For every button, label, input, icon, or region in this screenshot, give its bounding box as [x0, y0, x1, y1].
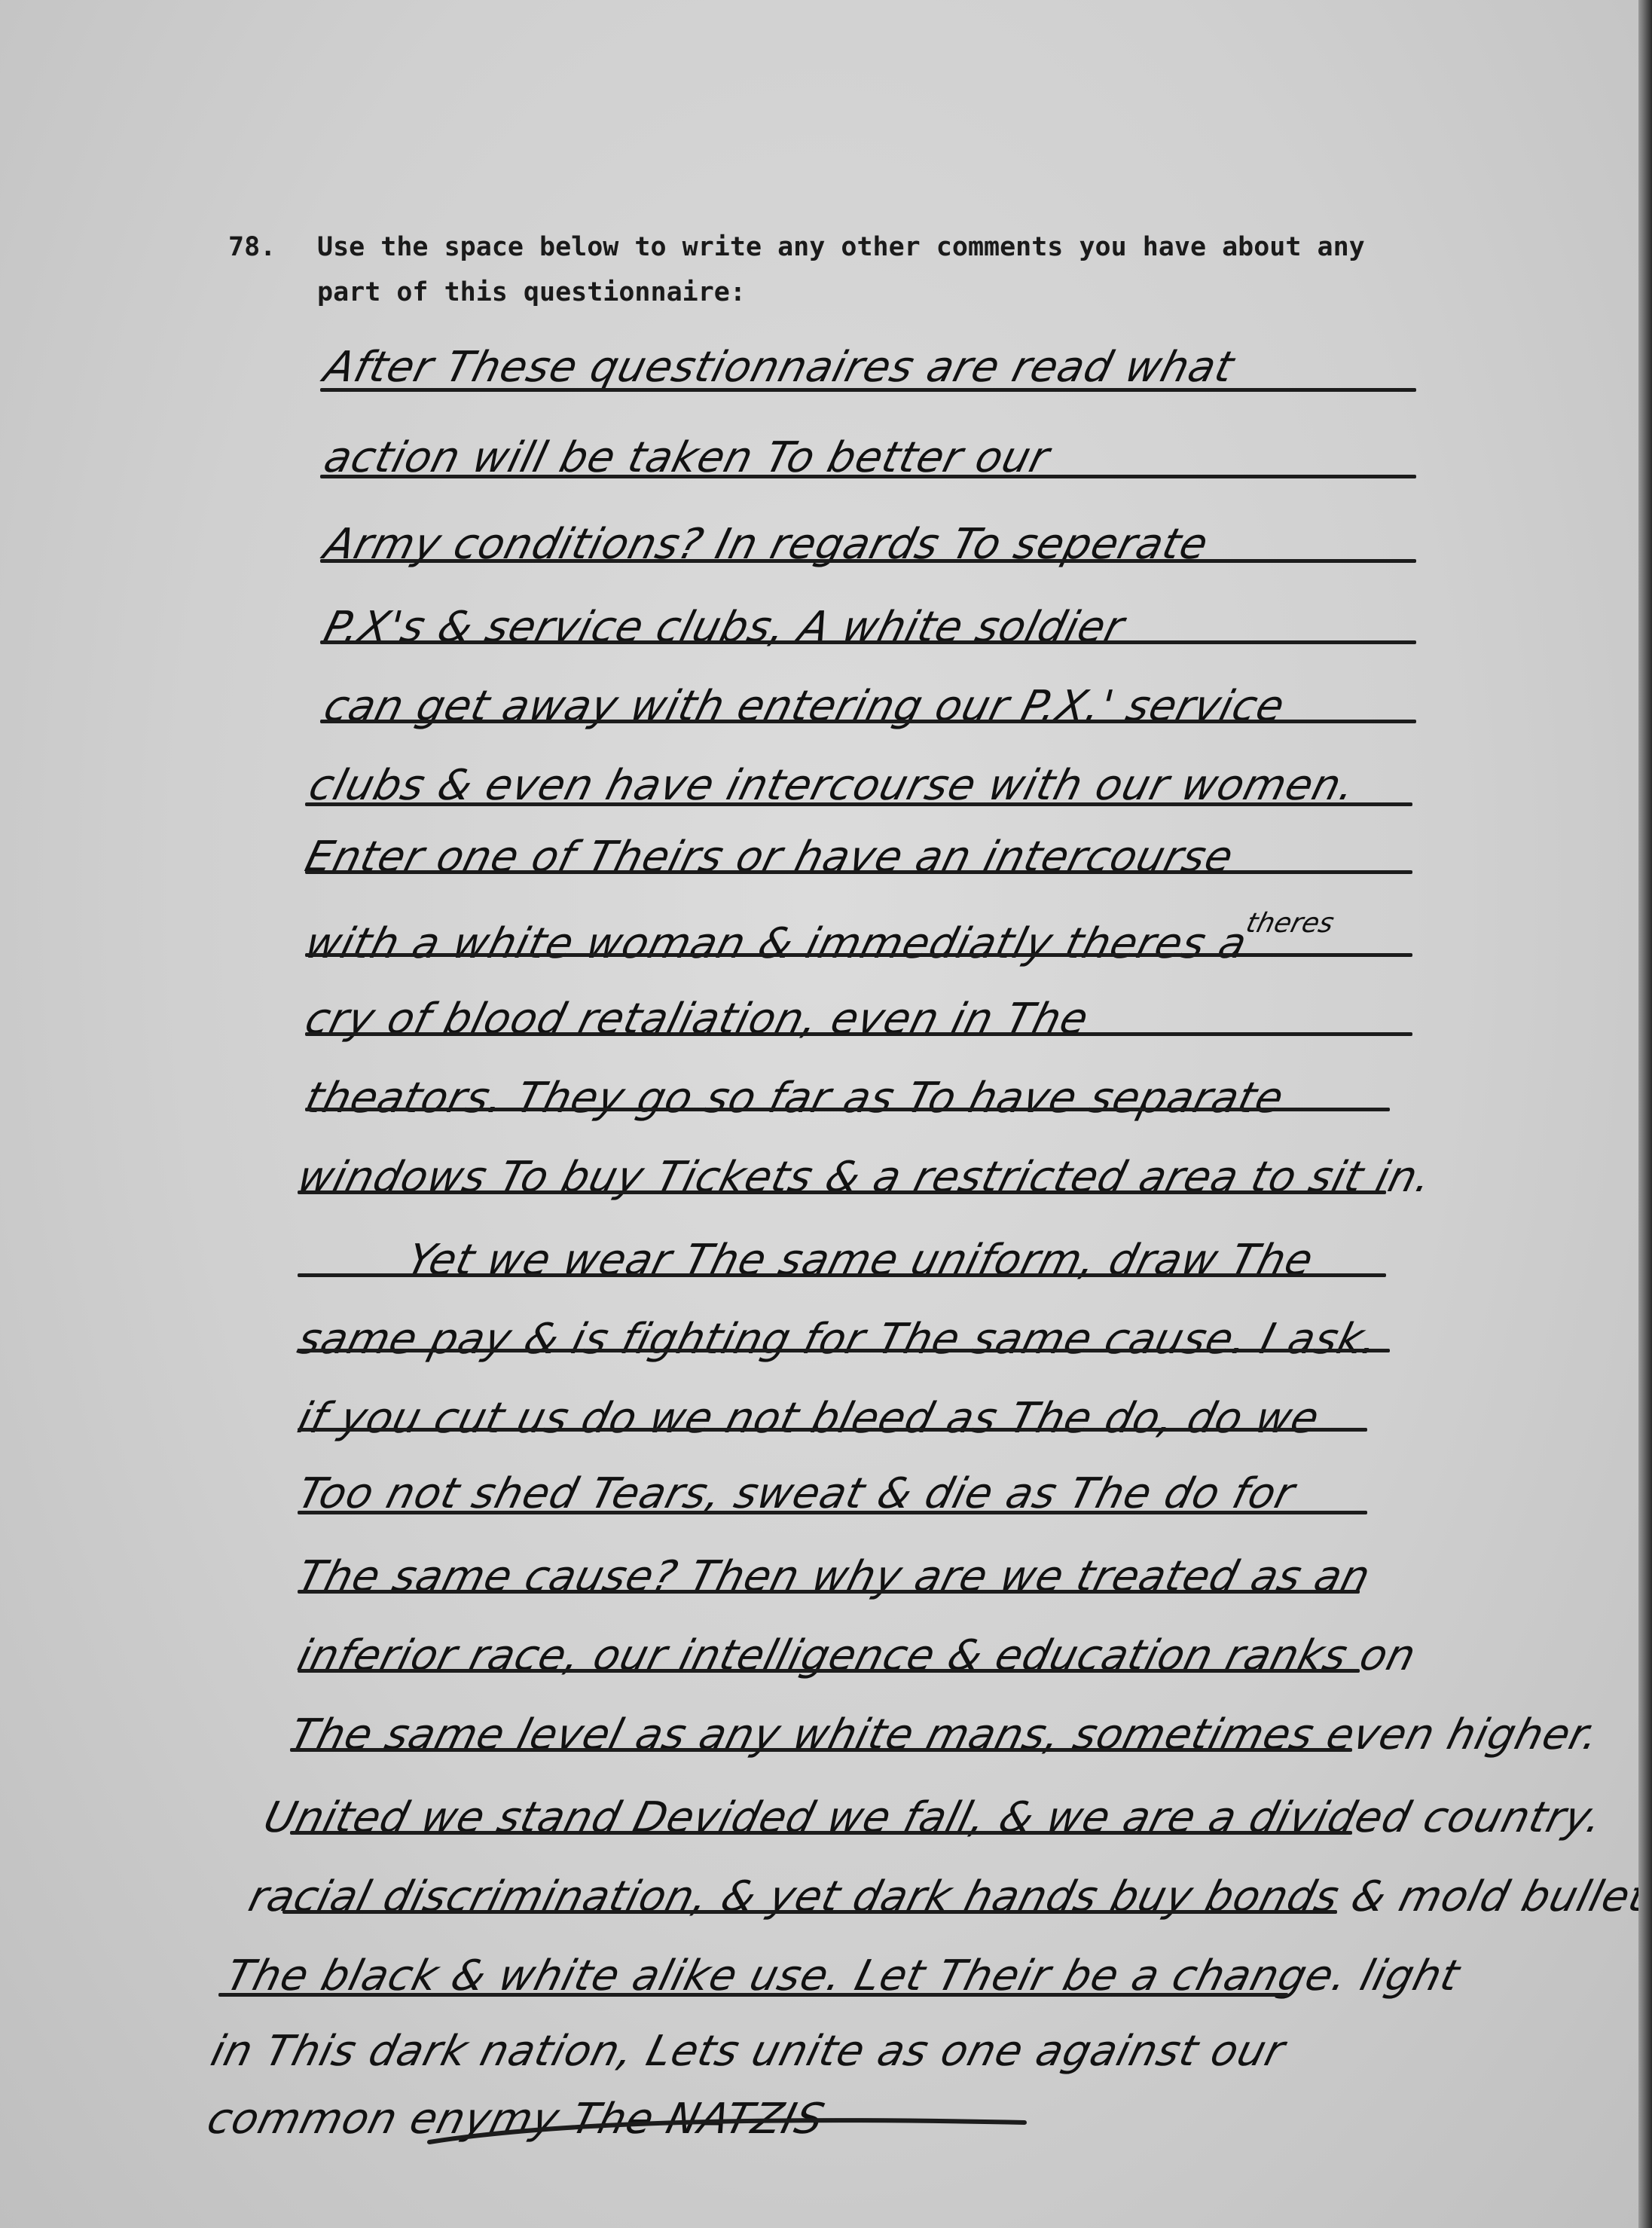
writing-rule-line: [298, 1190, 1386, 1194]
writing-rule-line: [320, 720, 1416, 723]
writing-rule-line: [305, 1032, 1412, 1036]
response-line: The same level as any white mans, someti…: [282, 1710, 1605, 1771]
response-line: United we stand Devided we fall, & we ar…: [256, 1793, 1608, 1854]
writing-rule-line: [282, 1910, 1337, 1914]
questionnaire-page: 78. Use the space below to write any oth…: [0, 0, 1638, 2228]
writing-rule-line: [320, 475, 1416, 478]
response-line: racial discrimination, & yet dark hands …: [241, 1872, 1652, 1933]
question-prompt: Use the space below to write any other c…: [317, 225, 1432, 315]
response-line: clubs & even have intercourse with our w…: [301, 761, 1360, 821]
writing-rule-line: [298, 1590, 1360, 1594]
writing-rule-line: [298, 1428, 1367, 1432]
response-line: P.X's & service clubs, A white soldier: [316, 603, 1129, 663]
writing-rule-line: [305, 953, 1412, 957]
response-line: if you cut us do we not bleed as The do,…: [290, 1394, 1324, 1454]
response-line: Too not shed Tears, sweat & die as The d…: [290, 1469, 1300, 1530]
writing-rule-line: [290, 1831, 1352, 1835]
response-line: inferior race, our intelligence & educat…: [290, 1631, 1421, 1692]
response-line: Enter one of Theirs or have an intercour…: [298, 833, 1238, 893]
writing-rule-line: [218, 1993, 1288, 1997]
writing-rule-line: [298, 1669, 1360, 1673]
writing-rule-line: [298, 1273, 1386, 1277]
handwritten-insertion: theres: [1243, 908, 1337, 939]
response-line: Yet we wear The same uniform, draw The: [399, 1236, 1318, 1296]
response-line: The black & white alike use. Let Their b…: [218, 1951, 1464, 2012]
question-number: 78.: [228, 225, 276, 270]
response-line: can get away with entering our P.X.' ser…: [316, 682, 1290, 742]
response-line: same pay & is fighting for The same caus…: [290, 1315, 1384, 1375]
response-line: with a white woman & immediatly theres a: [298, 919, 1252, 980]
writing-rule-line: [298, 1349, 1390, 1352]
writing-rule-line: [305, 870, 1412, 874]
writing-rule-line: [298, 1511, 1367, 1514]
writing-rule-line: [305, 1108, 1390, 1111]
writing-rule-line: [320, 640, 1416, 644]
writing-rule-line: [305, 802, 1412, 806]
writing-rule-line: [320, 559, 1416, 563]
response-line: Army conditions? In regards To seperate: [316, 520, 1214, 580]
response-line: theators. They go so far as To have sepa…: [298, 1074, 1289, 1134]
response-line: cry of blood retaliation, even in The: [298, 995, 1094, 1055]
closing-underline-stroke: [422, 2106, 1040, 2151]
writing-rule-line: [320, 388, 1416, 392]
writing-rule-line: [290, 1748, 1352, 1752]
response-line: After These questionnaires are read what: [316, 343, 1239, 403]
response-line: action will be taken To better our: [316, 433, 1055, 494]
page-edge-shadow: [1638, 0, 1652, 2228]
response-line: in This dark nation, Lets unite as one a…: [203, 2027, 1290, 2087]
response-line: windows To buy Tickets & a restricted ar…: [290, 1153, 1437, 1213]
response-line: The same cause? Then why are we treated …: [290, 1552, 1376, 1612]
